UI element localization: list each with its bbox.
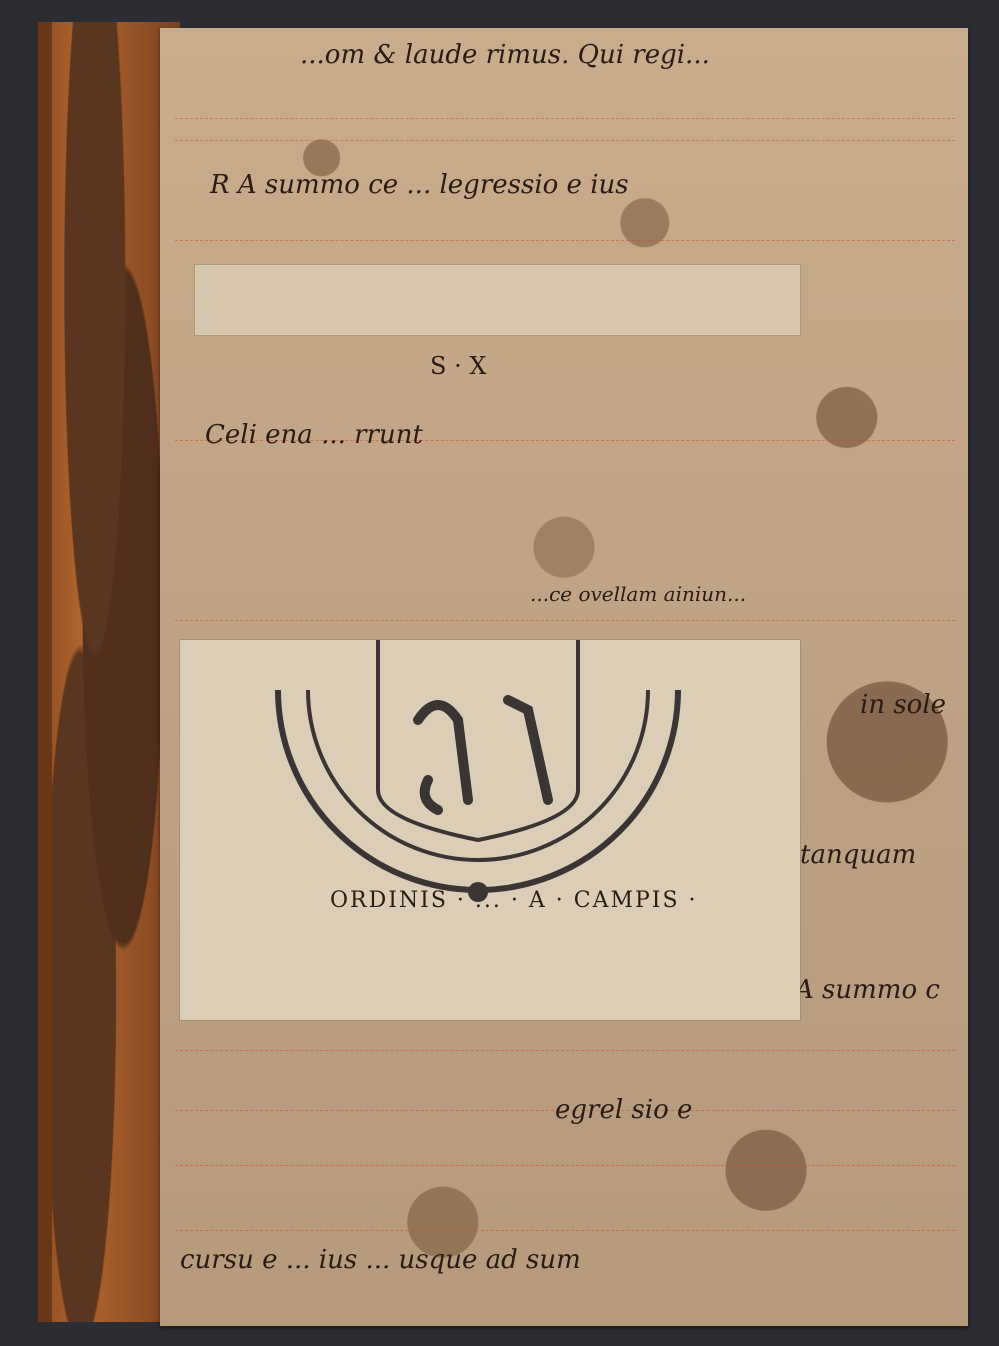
staff-line [175,240,955,241]
leather-spine [38,22,180,1322]
staff-line [175,1050,955,1051]
book-cover-photo: ...om & laude rimus. Qui regi... R A sum… [0,0,999,1346]
staff-line [175,118,955,119]
manuscript-line-2: R A summo ce ... legressio e ius [210,170,629,200]
manuscript-line-3: Celi ena ... rrunt [205,420,423,450]
stamp-ring-text: ORDINIS · ... · A · CAMPIS · [330,888,698,913]
manuscript-line-1: ...om & laude rimus. Qui regi... [300,40,710,70]
paper-label-top [195,265,800,335]
staff-line [175,1165,955,1166]
manuscript-line-10: cursu e ... ius ... usque ad sum [180,1245,581,1275]
staff-line [175,1230,955,1231]
staff-line [175,140,955,141]
ownership-stamp-seal [268,600,688,920]
spine-binding-edge [38,22,52,1322]
manuscript-line-7: tanquam [800,840,916,870]
manuscript-line-9: egrel sio e [555,1095,692,1125]
manuscript-line-8: A summo c [795,975,940,1005]
manuscript-line-6: in sole [860,690,946,720]
stamp-fragment-text: S · X [430,352,486,380]
